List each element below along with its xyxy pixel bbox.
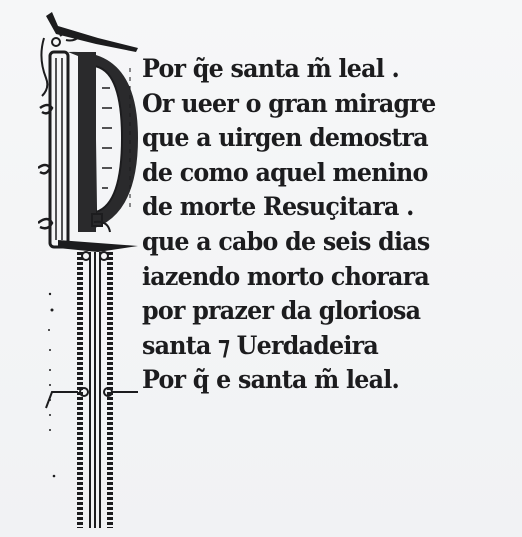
verse-line-1: Por q̃e santa m̃ leal . <box>142 52 494 87</box>
verse-line-6: que a cabo de seis dias <box>142 225 494 260</box>
verse-text: Por q̃e santa m̃ leal . Or ueer o gran m… <box>142 52 512 398</box>
verse-line-3: que a uirgen demostra <box>142 121 494 156</box>
bleed-through-text <box>140 2 520 16</box>
verse-line-9: santa ⁊ Uerdadeira <box>142 329 494 364</box>
verse-line-4: de como aquel menino <box>142 156 494 191</box>
verse-line-10: Por q̃ e santa m̃ leal. <box>142 363 494 398</box>
verse-line-2: Or ueer o gran miragre <box>142 87 494 122</box>
verse-line-5: de morte Resuçitara . <box>142 190 494 225</box>
margin-dots <box>46 290 56 480</box>
verse-line-7: iazendo morto chorara <box>142 260 494 295</box>
manuscript-page: Por q̃e santa m̃ leal . Or ueer o gran m… <box>0 0 522 537</box>
verse-line-8: por prazer da gloriosa <box>142 294 494 329</box>
